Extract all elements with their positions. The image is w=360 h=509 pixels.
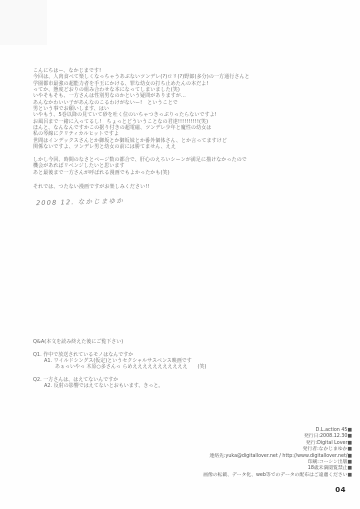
colophon-reproduction-notice: 画像の転載、データ化、web等でのデータの配布はご遠慮ください■ [203,473,352,479]
document-page: こんにちはー、なかじまです! 今回は、人肉食べて楽しくなっちゃうあぶないツンデレ… [0,0,360,509]
afterword-line: 関係ないですよ、ツンデレ男と幼女の前には勝てません、ええ [33,144,250,150]
handwritten-signature: 2008 12. なかじまゆか [36,196,124,207]
page-number: 04 [335,486,346,494]
qa-answer-1-continued: あぁっいやっ 木原○多さんっ らめえええええええええええ (笑) [33,364,206,370]
afterword-line: あと最後まで一方さんが呼ばれる漫画でもよかったかも(笑) [33,170,247,176]
afterword-line: 今回は、人肉食べて楽しくなっちゃうあぶないツンデレ(?)ロリ(?)野郎(多分)の… [33,74,250,80]
afterword-second-paragraph: しかし今回、時間のなさとページ数の都合で、肝心のえろいシーンが満足に描けなかった… [33,157,247,176]
afterword-paragraph: こんにちはー、なかじまです! 今回は、人肉食べて楽しくなっちゃうあぶないツンデレ… [33,68,250,150]
qa-answer-2: A2. 反射の影響ではえてないとおもいます、きっと。 [33,383,206,389]
qa-section: Q&A(本文を読み終えた後にご覧下さい) Q1. 作中で放送されているモノはなん… [33,339,206,389]
corner-highlight-box [0,0,47,45]
colophon: D.L.action 45■ 発行日:2008.12.30■ 発行:Digita… [203,428,352,479]
closing-line: それでは、つたない漫画ですがお楽しみください!! [33,184,149,190]
